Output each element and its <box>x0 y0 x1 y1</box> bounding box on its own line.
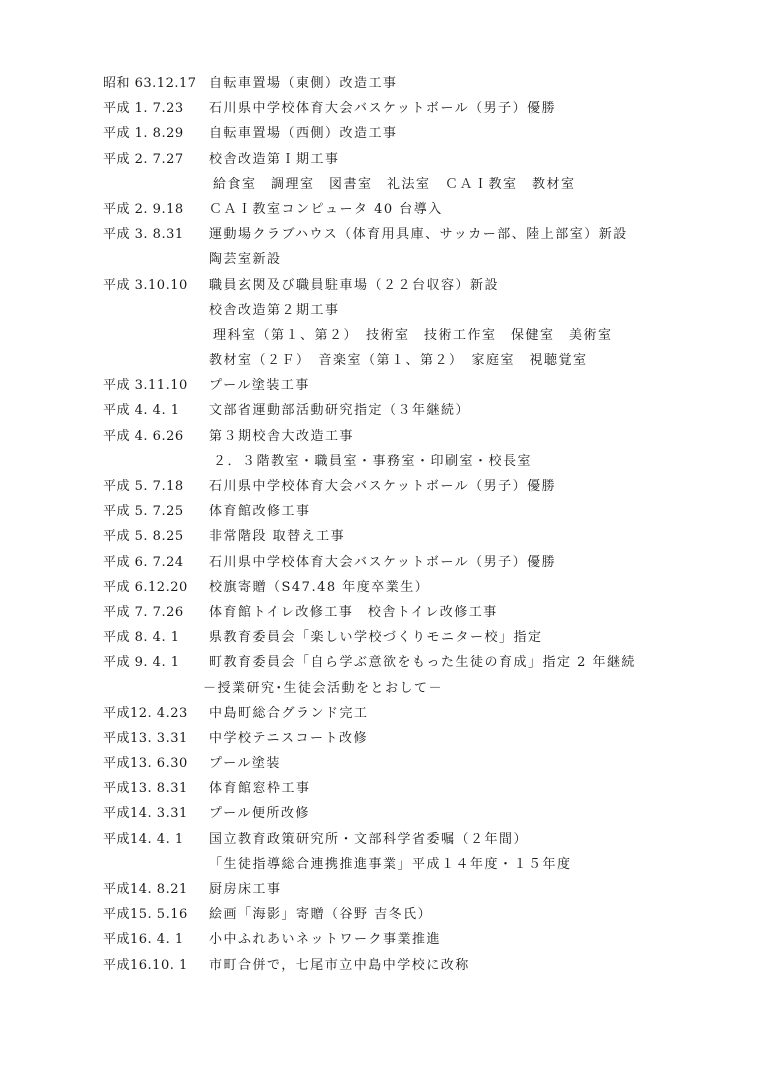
timeline-entry: 平成 5. 7.25 体育館改修工事 <box>103 502 723 527</box>
entry-date: 平成14. 3.31 <box>103 804 203 824</box>
entry-description: 小中ふれあいネットワーク事業推進 <box>209 930 441 950</box>
entry-date: 平成 9. 4. 1 <box>103 653 203 673</box>
entry-description: 校旗寄贈（S47.48 年度卒業生） <box>209 578 429 598</box>
timeline-entry: 平成 3.11.10 プール塗装工事 <box>103 376 723 401</box>
timeline-entry: 平成14. 8.21 厨房床工事 <box>103 880 723 905</box>
entry-date: 平成 8. 4. 1 <box>103 628 203 648</box>
entry-date: 平成13. 6.30 <box>103 754 203 774</box>
entry-description: 石川県中学校体育大会バスケットボール（男子）優勝 <box>209 477 556 497</box>
entry-description: プール塗装工事 <box>209 376 310 396</box>
entry-date: 昭和 63.12.17 <box>103 74 203 94</box>
entry-date: 平成 3.10.10 <box>103 276 203 296</box>
entry-description-detail: 教材室（２Ｆ） 音楽室（第１、第２） 家庭室 視聴覚室 <box>209 351 588 371</box>
timeline-entry-continuation: －授業研究･生徒会活動をとおして－ <box>103 679 723 704</box>
entry-description: 職員玄関及び職員駐車場（２２台収容）新設 <box>209 276 499 296</box>
entry-description-detail: 陶芸室新設 <box>209 250 282 270</box>
timeline-entry: 平成 6. 7.24 石川県中学校体育大会バスケットボール（男子）優勝 <box>103 553 723 578</box>
timeline-entry: 平成13. 8.31 体育館窓枠工事 <box>103 779 723 804</box>
entry-date: 平成14. 4. 1 <box>103 830 203 850</box>
entry-date: 平成 6. 7.24 <box>103 553 203 573</box>
entry-description: 文部省運動部活動研究指定（３年継続） <box>209 401 470 421</box>
timeline-entry: 平成 1. 8.29 自転車置場（西側）改造工事 <box>103 124 723 149</box>
entry-date: 平成 1. 8.29 <box>103 124 203 144</box>
entry-date: 平成 4. 4. 1 <box>103 401 203 421</box>
entry-description-detail: 校舎改造第２期工事 <box>209 301 340 321</box>
entry-description: ＣＡＩ教室コンピュータ 40 台導入 <box>209 200 443 220</box>
timeline-entry: 平成 8. 4. 1 県教育委員会「楽しい学校づくりモニター校」指定 <box>103 628 723 653</box>
timeline-entry-continuation: 給食室 調理室 図書室 礼法室 ＣＡＩ教室 教材室 <box>103 175 723 200</box>
timeline-entry-continuation: 教材室（２Ｆ） 音楽室（第１、第２） 家庭室 視聴覚室 <box>103 351 723 376</box>
entry-date: 平成15. 5.16 <box>103 905 203 925</box>
entry-date: 平成 1. 7.23 <box>103 99 203 119</box>
entry-date: 平成13. 8.31 <box>103 779 203 799</box>
timeline-entry: 平成15. 5.16 絵画「海影」寄贈（谷野 吉冬氏） <box>103 905 723 930</box>
entry-description: プール塗装 <box>209 754 281 774</box>
entry-date: 平成 3.11.10 <box>103 376 203 396</box>
entry-description: 石川県中学校体育大会バスケットボール（男子）優勝 <box>209 99 556 119</box>
timeline-entry-continuation: 「生徒指導総合連携推進事業」平成１４年度・１５年度 <box>103 855 723 880</box>
entry-date: 平成 5. 7.25 <box>103 502 203 522</box>
entry-description: 体育館改修工事 <box>209 502 311 522</box>
entry-description: 体育館トイレ改修工事 校舎トイレ改修工事 <box>209 603 498 623</box>
entry-description: プール便所改修 <box>209 804 310 824</box>
timeline-entry-continuation: 理科室（第１、第２） 技術室 技術工作室 保健室 美術室 <box>103 326 723 351</box>
school-history-timeline: 昭和 63.12.17 自転車置場（東側）改造工事 平成 1. 7.23 石川県… <box>103 74 723 981</box>
entry-date: 平成13. 3.31 <box>103 729 203 749</box>
timeline-entry: 平成16.10. 1 市町合併で，七尾市立中島中学校に改称 <box>103 956 723 981</box>
timeline-entry-continuation: 校舎改造第２期工事 <box>103 301 723 326</box>
timeline-entry: 平成 3.10.10 職員玄関及び職員駐車場（２２台収容）新設 <box>103 276 723 301</box>
entry-description: 中島町総合グランド完工 <box>209 704 369 724</box>
entry-description: 市町合併で，七尾市立中島中学校に改称 <box>209 956 470 976</box>
entry-description: 県教育委員会「楽しい学校づくりモニター校」指定 <box>209 628 543 648</box>
entry-date: 平成12. 4.23 <box>103 704 203 724</box>
entry-date: 平成16.10. 1 <box>103 956 203 976</box>
timeline-entry: 平成12. 4.23 中島町総合グランド完工 <box>103 704 723 729</box>
entry-date: 平成 2. 7.27 <box>103 150 203 170</box>
entry-date: 平成16. 4. 1 <box>103 930 203 950</box>
timeline-entry: 昭和 63.12.17 自転車置場（東側）改造工事 <box>103 74 723 99</box>
timeline-entry: 平成 6.12.20 校旗寄贈（S47.48 年度卒業生） <box>103 578 723 603</box>
entry-description: 厨房床工事 <box>209 880 282 900</box>
timeline-entry: 平成16. 4. 1 小中ふれあいネットワーク事業推進 <box>103 930 723 955</box>
timeline-entry: 平成 9. 4. 1 町教育委員会「自ら学ぶ意欲をもった生徒の育成」指定 2 年… <box>103 653 723 678</box>
entry-description: 自転車置場（東側）改造工事 <box>209 74 398 94</box>
entry-date: 平成 4. 6.26 <box>103 427 203 447</box>
entry-description: 自転車置場（西側）改造工事 <box>209 124 398 144</box>
entry-description: 体育館窓枠工事 <box>209 779 311 799</box>
entry-description: 非常階段 取替え工事 <box>209 527 345 547</box>
timeline-entry: 平成 4. 6.26 第３期校舎大改造工事 <box>103 427 723 452</box>
entry-date: 平成 5. 7.18 <box>103 477 203 497</box>
entry-description: 絵画「海影」寄贈（谷野 吉冬氏） <box>209 905 432 925</box>
timeline-entry: 平成 2. 7.27 校舎改造第Ｉ期工事 <box>103 150 723 175</box>
entry-date: 平成 7. 7.26 <box>103 603 203 623</box>
entry-description-detail: －授業研究･生徒会活動をとおして－ <box>203 679 443 699</box>
entry-description: 町教育委員会「自ら学ぶ意欲をもった生徒の育成」指定 2 年継続 <box>209 653 636 673</box>
timeline-entry-continuation: ２．３階教室・職員室・事務室・印刷室・校長室 <box>103 452 723 477</box>
timeline-entry: 平成14. 4. 1 国立教育政策研究所・文部科学省委嘱（２年間） <box>103 830 723 855</box>
timeline-entry: 平成13. 3.31 中学校テニスコート改修 <box>103 729 723 754</box>
timeline-entry: 平成 3. 8.31 運動場クラブハウス（体育用具庫、サッカー部、陸上部室）新設 <box>103 225 723 250</box>
entry-description: 校舎改造第Ｉ期工事 <box>209 150 340 170</box>
timeline-entry: 平成 4. 4. 1 文部省運動部活動研究指定（３年継続） <box>103 401 723 426</box>
entry-description: 石川県中学校体育大会バスケットボール（男子）優勝 <box>209 553 556 573</box>
entry-description: 第３期校舎大改造工事 <box>209 427 354 447</box>
entry-description: 国立教育政策研究所・文部科学省委嘱（２年間） <box>209 830 528 850</box>
entry-description-detail: 理科室（第１、第２） 技術室 技術工作室 保健室 美術室 <box>213 326 613 346</box>
timeline-entry: 平成 2. 9.18 ＣＡＩ教室コンピュータ 40 台導入 <box>103 200 723 225</box>
entry-date: 平成 5. 8.25 <box>103 527 203 547</box>
entry-date: 平成 3. 8.31 <box>103 225 203 245</box>
entry-date: 平成 2. 9.18 <box>103 200 203 220</box>
timeline-entry: 平成13. 6.30 プール塗装 <box>103 754 723 779</box>
timeline-entry: 平成 5. 7.18 石川県中学校体育大会バスケットボール（男子）優勝 <box>103 477 723 502</box>
timeline-entry: 平成 7. 7.26 体育館トイレ改修工事 校舎トイレ改修工事 <box>103 603 723 628</box>
entry-description-detail: ２．３階教室・職員室・事務室・印刷室・校長室 <box>213 452 532 472</box>
timeline-entry-continuation: 陶芸室新設 <box>103 250 723 275</box>
entry-description-detail: 給食室 調理室 図書室 礼法室 ＣＡＩ教室 教材室 <box>213 175 576 195</box>
entry-description: 運動場クラブハウス（体育用具庫、サッカー部、陸上部室）新設 <box>209 225 628 245</box>
entry-description: 中学校テニスコート改修 <box>209 729 368 749</box>
entry-description-detail: 「生徒指導総合連携推進事業」平成１４年度・１５年度 <box>209 855 572 875</box>
timeline-entry: 平成 5. 8.25 非常階段 取替え工事 <box>103 527 723 552</box>
timeline-entry: 平成14. 3.31 プール便所改修 <box>103 804 723 829</box>
entry-date: 平成 6.12.20 <box>103 578 203 598</box>
timeline-entry: 平成 1. 7.23 石川県中学校体育大会バスケットボール（男子）優勝 <box>103 99 723 124</box>
entry-date: 平成14. 8.21 <box>103 880 203 900</box>
